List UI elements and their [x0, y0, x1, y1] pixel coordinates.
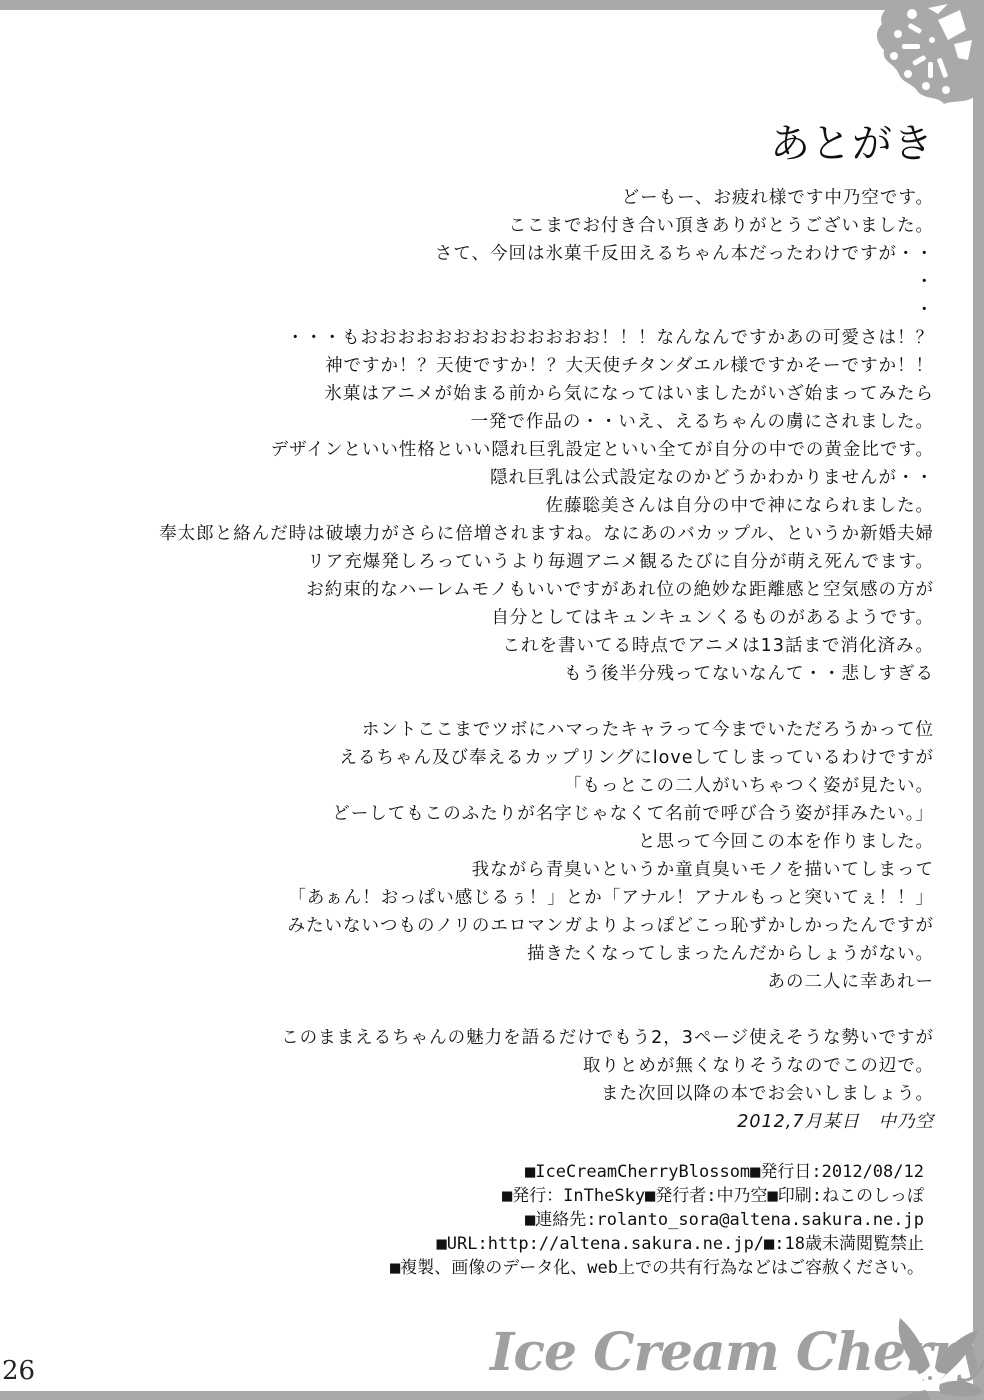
page-title: あとがき: [770, 112, 934, 169]
text-line: あの二人に幸あれー: [74, 968, 934, 996]
text-line: 描きたくなってしまったんだからしょうがない。: [74, 940, 934, 968]
text-line: ホントここまでツボにハマったキャラって今までいただろうかって位: [74, 716, 934, 744]
lace-corner-ornament-icon: [868, 0, 984, 104]
colophon-line: ■URL:http://altena.sakura.ne.jp/■:18歳未満閲…: [390, 1232, 924, 1256]
text-line: 神ですか！？天使ですか！？大天使チタンダエル様ですかそーですか！！: [74, 352, 934, 380]
manga-afterword-page: あとがき どーもー、お疲れ様です中乃空です。 ここまでお付き合い頂きありがとうご…: [0, 0, 984, 1400]
colophon-line: ■複製、画像のデータ化、web上での共有行為などはご容赦ください。: [390, 1256, 924, 1280]
colophon: ■IceCreamCherryBlossom■発行日:2012/08/12 ■発…: [390, 1160, 924, 1280]
text-line: ・: [74, 268, 934, 296]
paragraph-2: ・・・もおおおおおおおおおおおおお！！！なんなんですかあの可愛さは！？ 神ですか…: [74, 324, 934, 688]
bottom-border: [0, 1391, 984, 1400]
text-line: デザインといい性格といい隠れ巨乳設定といい全てが自分の中での黄金比です。: [74, 436, 934, 464]
text-line: さて、今回は氷菓千反田えるちゃん本だったわけですが・・: [74, 240, 934, 268]
text-line: どーもー、お疲れ様です中乃空です。: [74, 184, 934, 212]
paragraph-1: どーもー、お疲れ様です中乃空です。 ここまでお付き合い頂きありがとうございました…: [74, 184, 934, 324]
paragraph-gap: [74, 688, 934, 716]
text-line: もう後半分残ってないなんて・・悲しすぎる: [74, 660, 934, 688]
text-line: このままえるちゃんの魅力を語るだけでもう2，3ページ使えそうな勢いですが: [74, 1024, 934, 1052]
colophon-line: ■IceCreamCherryBlossom■発行日:2012/08/12: [390, 1160, 924, 1184]
text-line: と思って今回この本を作りました。: [74, 828, 934, 856]
text-line: 取りとめが無くなりそうなのでこの辺で。: [74, 1052, 934, 1080]
paragraph-gap: [74, 996, 934, 1024]
text-line: ・・・もおおおおおおおおおおおおお！！！なんなんですかあの可愛さは！？: [74, 324, 934, 352]
text-line: 「もっとこの二人がいちゃつく姿が見たい。: [74, 772, 934, 800]
signature: 2012,7月某日 中乃空: [74, 1108, 934, 1136]
text-line: 隠れ巨乳は公式設定なのかどうかわかりませんが・・: [74, 464, 934, 492]
text-line: これを書いてる時点でアニメは13話まで消化済み。: [74, 632, 934, 660]
text-line: 「あぁん！おっぱい感じるぅ！」とか「アナル！アナルもっと突いてぇ！！」: [74, 884, 934, 912]
colophon-line: ■連絡先:rolanto_sora@altena.sakura.ne.jp: [390, 1208, 924, 1232]
afterword-body: どーもー、お疲れ様です中乃空です。 ここまでお付き合い頂きありがとうございました…: [74, 184, 934, 1136]
text-line: みたいないつものノリのエロマンガよりよっぽどこっ恥ずかしかったんですが: [74, 912, 934, 940]
right-border: [973, 0, 984, 1400]
page-number: 26: [2, 1356, 35, 1386]
text-line: 氷菓はアニメが始まる前から気になってはいましたがいざ始まってみたら: [74, 380, 934, 408]
text-line: また次回以降の本でお会いしましょう。: [74, 1080, 934, 1108]
text-line: えるちゃん及び奉えるカップリングにloveしてしまっているわけですが: [74, 744, 934, 772]
text-line: リア充爆発しろっていうより毎週アニメ観るたびに自分が萌え死んでます。: [74, 548, 934, 576]
text-line: 奉太郎と絡んだ時は破壊力がさらに倍増されますね。なにあのバカップル、というか新婚…: [74, 520, 934, 548]
text-line: 一発で作品の・・いえ、えるちゃんの虜にされました。: [74, 408, 934, 436]
cherry-blossom-flower-icon: [880, 1300, 984, 1400]
paragraph-3: ホントここまでツボにハマったキャラって今までいただろうかって位 えるちゃん及び奉…: [74, 716, 934, 996]
paragraph-4: このままえるちゃんの魅力を語るだけでもう2，3ページ使えそうな勢いですが 取りと…: [74, 1024, 934, 1136]
text-line: ・: [74, 296, 934, 324]
text-line: 自分としてはキュンキュンくるものがあるようです。: [74, 604, 934, 632]
text-line: 我ながら青臭いというか童貞臭いモノを描いてしまって: [74, 856, 934, 884]
top-border: [0, 0, 984, 10]
text-line: ここまでお付き合い頂きありがとうございました。: [74, 212, 934, 240]
colophon-line: ■発行：InTheSky■発行者:中乃空■印刷:ねこのしっぽ: [390, 1184, 924, 1208]
text-line: お約束的なハーレムモノもいいですがあれ位の絶妙な距離感と空気感の方が: [74, 576, 934, 604]
text-line: 佐藤聡美さんは自分の中で神になられました。: [74, 492, 934, 520]
text-line: どーしてもこのふたりが名字じゃなくて名前で呼び合う姿が拝みたい。」: [74, 800, 934, 828]
